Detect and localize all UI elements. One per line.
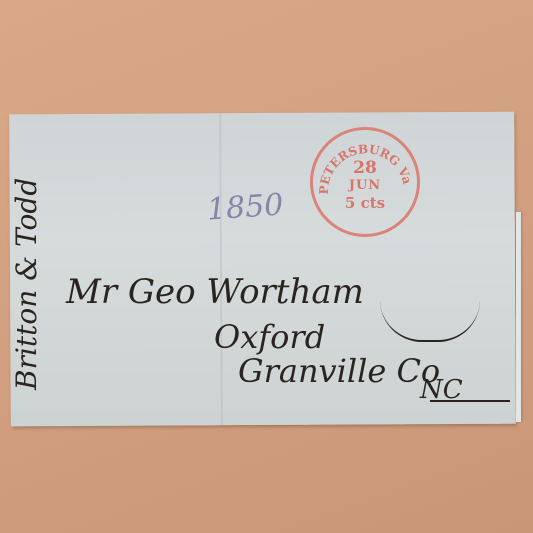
address-county: Granville Co — [238, 352, 440, 390]
address-name: Mr Geo Wortham — [66, 272, 364, 312]
address-town: Oxford — [214, 318, 325, 356]
docket-year: 1850 — [206, 187, 285, 227]
postmark: PETERSBURG Va 28 JUN 5 cts — [310, 127, 420, 237]
sender-note: Britton & Todd — [10, 178, 43, 390]
state-underline — [430, 400, 510, 402]
postmark-month: JUN — [313, 178, 417, 193]
postmark-day: 28 — [313, 158, 417, 178]
postmark-rate: 5 cts — [313, 194, 417, 212]
cover-fold-edge — [516, 212, 521, 422]
